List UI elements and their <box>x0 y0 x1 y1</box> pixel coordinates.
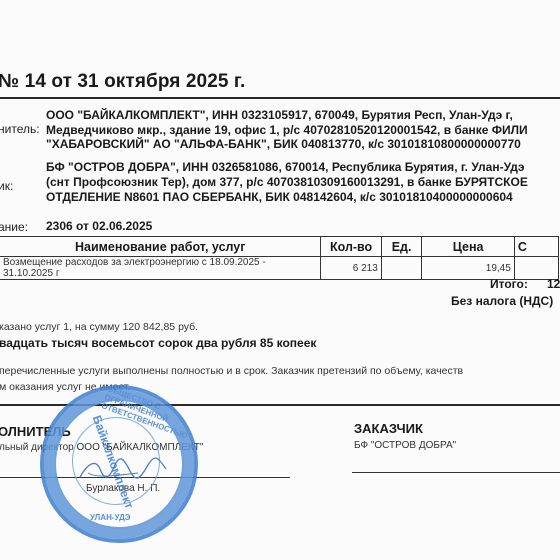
services-count-line: казано услуг 1, на сумму 120 842,85 руб. <box>0 321 198 333</box>
customer-line-2: (снт Профсоюзник Тер), дом 377, р/с 4070… <box>46 175 528 189</box>
customer-label: ик: <box>0 179 13 193</box>
statement-line-1: перечисленные услуги выполнены полностью… <box>0 365 463 377</box>
amount-in-words: вадцать тысяч восемьсот сорок два рубля … <box>0 336 316 350</box>
executor-label: нитель: <box>0 122 40 136</box>
basis-label: ание: <box>0 220 28 234</box>
executor-line-3: "ХАБАРОВСКИЙ" АО "АЛЬФА-БАНК", БИК 04081… <box>46 137 521 151</box>
col-header-name: Наименование работ, услуг <box>0 237 321 257</box>
table-row: Возмещение расходов за электроэнергию с … <box>0 257 559 280</box>
customer-signature-line <box>352 472 560 473</box>
services-table: Наименование работ, услуг Кол-во Ед. Цен… <box>0 236 559 280</box>
col-header-price: Цена <box>422 237 514 257</box>
col-header-sum: С <box>514 237 558 257</box>
stamp-bottom-text: УЛАН-УДЭ <box>90 513 130 522</box>
basis-value: 2306 от 02.06.2025 <box>46 219 152 233</box>
handwritten-signature-icon <box>78 455 168 485</box>
customer-org: БФ "ОСТРОВ ДОБРА" <box>354 440 456 451</box>
vat-label: Без налога (НДС) <box>451 294 553 308</box>
col-header-unit: Ед. <box>381 237 422 257</box>
col-header-qty: Кол-во <box>321 237 381 257</box>
customer-line-1: БФ "ОСТРОВ ДОБРА", ИНН 0326581086, 67001… <box>46 160 525 174</box>
executor-line-2: Медведчиково мкр., здание 19, офис 1, р/… <box>46 123 528 137</box>
cell-service-name: Возмещение расходов за электроэнергию с … <box>0 257 321 280</box>
customer-signature-heading: ЗАКАЗЧИК <box>354 422 423 436</box>
customer-line-3: ОТДЕЛЕНИЕ N8601 ПАО СБЕРБАНК, БИК 048142… <box>46 190 513 204</box>
cell-qty: 6 213 <box>321 257 381 280</box>
total-label: Итого: <box>490 277 528 291</box>
executor-line-1: ООО "БАЙКАЛКОМПЛЕКТ", ИНН 0323105917, 67… <box>46 108 513 122</box>
cell-unit <box>381 257 422 280</box>
title-divider <box>0 97 560 99</box>
table-header-row: Наименование работ, услуг Кол-во Ед. Цен… <box>0 237 559 257</box>
document-title: № 14 от 31 октября 2025 г. <box>0 71 245 93</box>
total-value: 12 <box>547 277 560 291</box>
